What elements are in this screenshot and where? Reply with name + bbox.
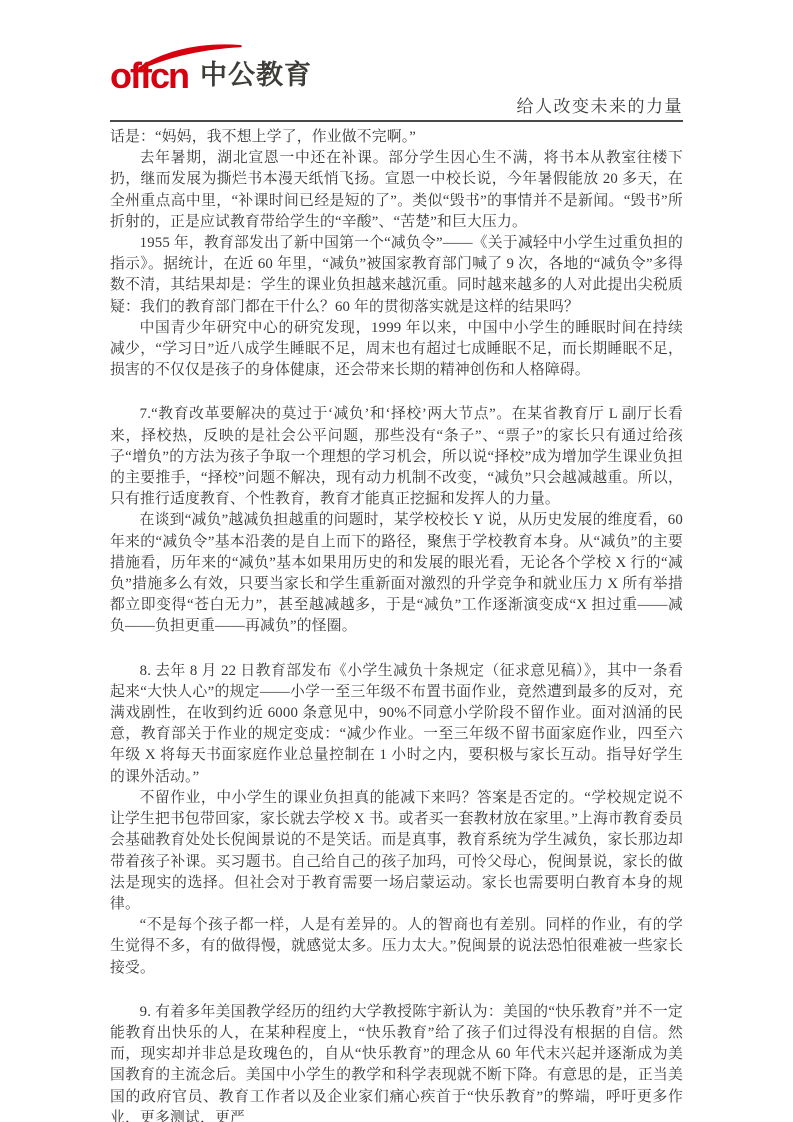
brand-name: 中公教育 [200,53,312,94]
document-page: offcn 中公教育 给人改变未来的力量 话是：“妈妈，我不想上学了，作业做不完… [0,0,793,1122]
paragraph: 在谈到“减负”越减负担越重的问题时，某学校校长 Y 说，从历史发展的维度看，60… [110,510,683,637]
paragraph: 9. 有着多年美国教学经历的纽约大学教授陈宇新认为：美国的“快乐教育”并不一定能… [110,1002,683,1122]
paragraph: 话是：“妈妈，我不想上学了，作业做不完啊。” [110,127,683,148]
brand: offcn 中公教育 [110,40,683,94]
document-body: 话是：“妈妈，我不想上学了，作业做不完啊。”去年暑期，湖北宣恩一中还在补课。部分… [110,127,683,1122]
page-header: offcn 中公教育 给人改变未来的力量 [110,40,683,120]
logo-wordmark: offcn [110,55,188,96]
paragraph: 中国青少年研究中心的研究发现，1999 年以来，中国中小学生的睡眠时间在持续减少… [110,318,683,382]
paragraph: 不留作业，中小学生的课业负担真的能减下来吗？答案是否定的。“学校规定说不让学生把… [110,788,683,915]
paragraph: 8. 去年 8 月 22 日教育部发布《小学生减负十条规定（征求意见稿）》，其中… [110,661,683,788]
paragraph: 7.“教育改革要解决的莫过于‘减负’和‘择校’两大节点”。在某省教育厅 L 副厅… [110,404,683,510]
slogan: 给人改变未来的力量 [110,92,683,120]
paragraph: 去年暑期，湖北宣恩一中还在补课。部分学生因心生不满，将书本从教室往楼下扔，继而发… [110,148,683,233]
paragraph: “不是每个孩子都一样，人是有差异的。人的智商也有差别。同样的作业，有的学生觉得不… [110,915,683,979]
header-divider [110,120,683,122]
offcn-logo: offcn [110,58,188,94]
paragraph: 1955 年，教育部发出了新中国第一个“减负令”——《关于减轻中小学生过重负担的… [110,233,683,318]
